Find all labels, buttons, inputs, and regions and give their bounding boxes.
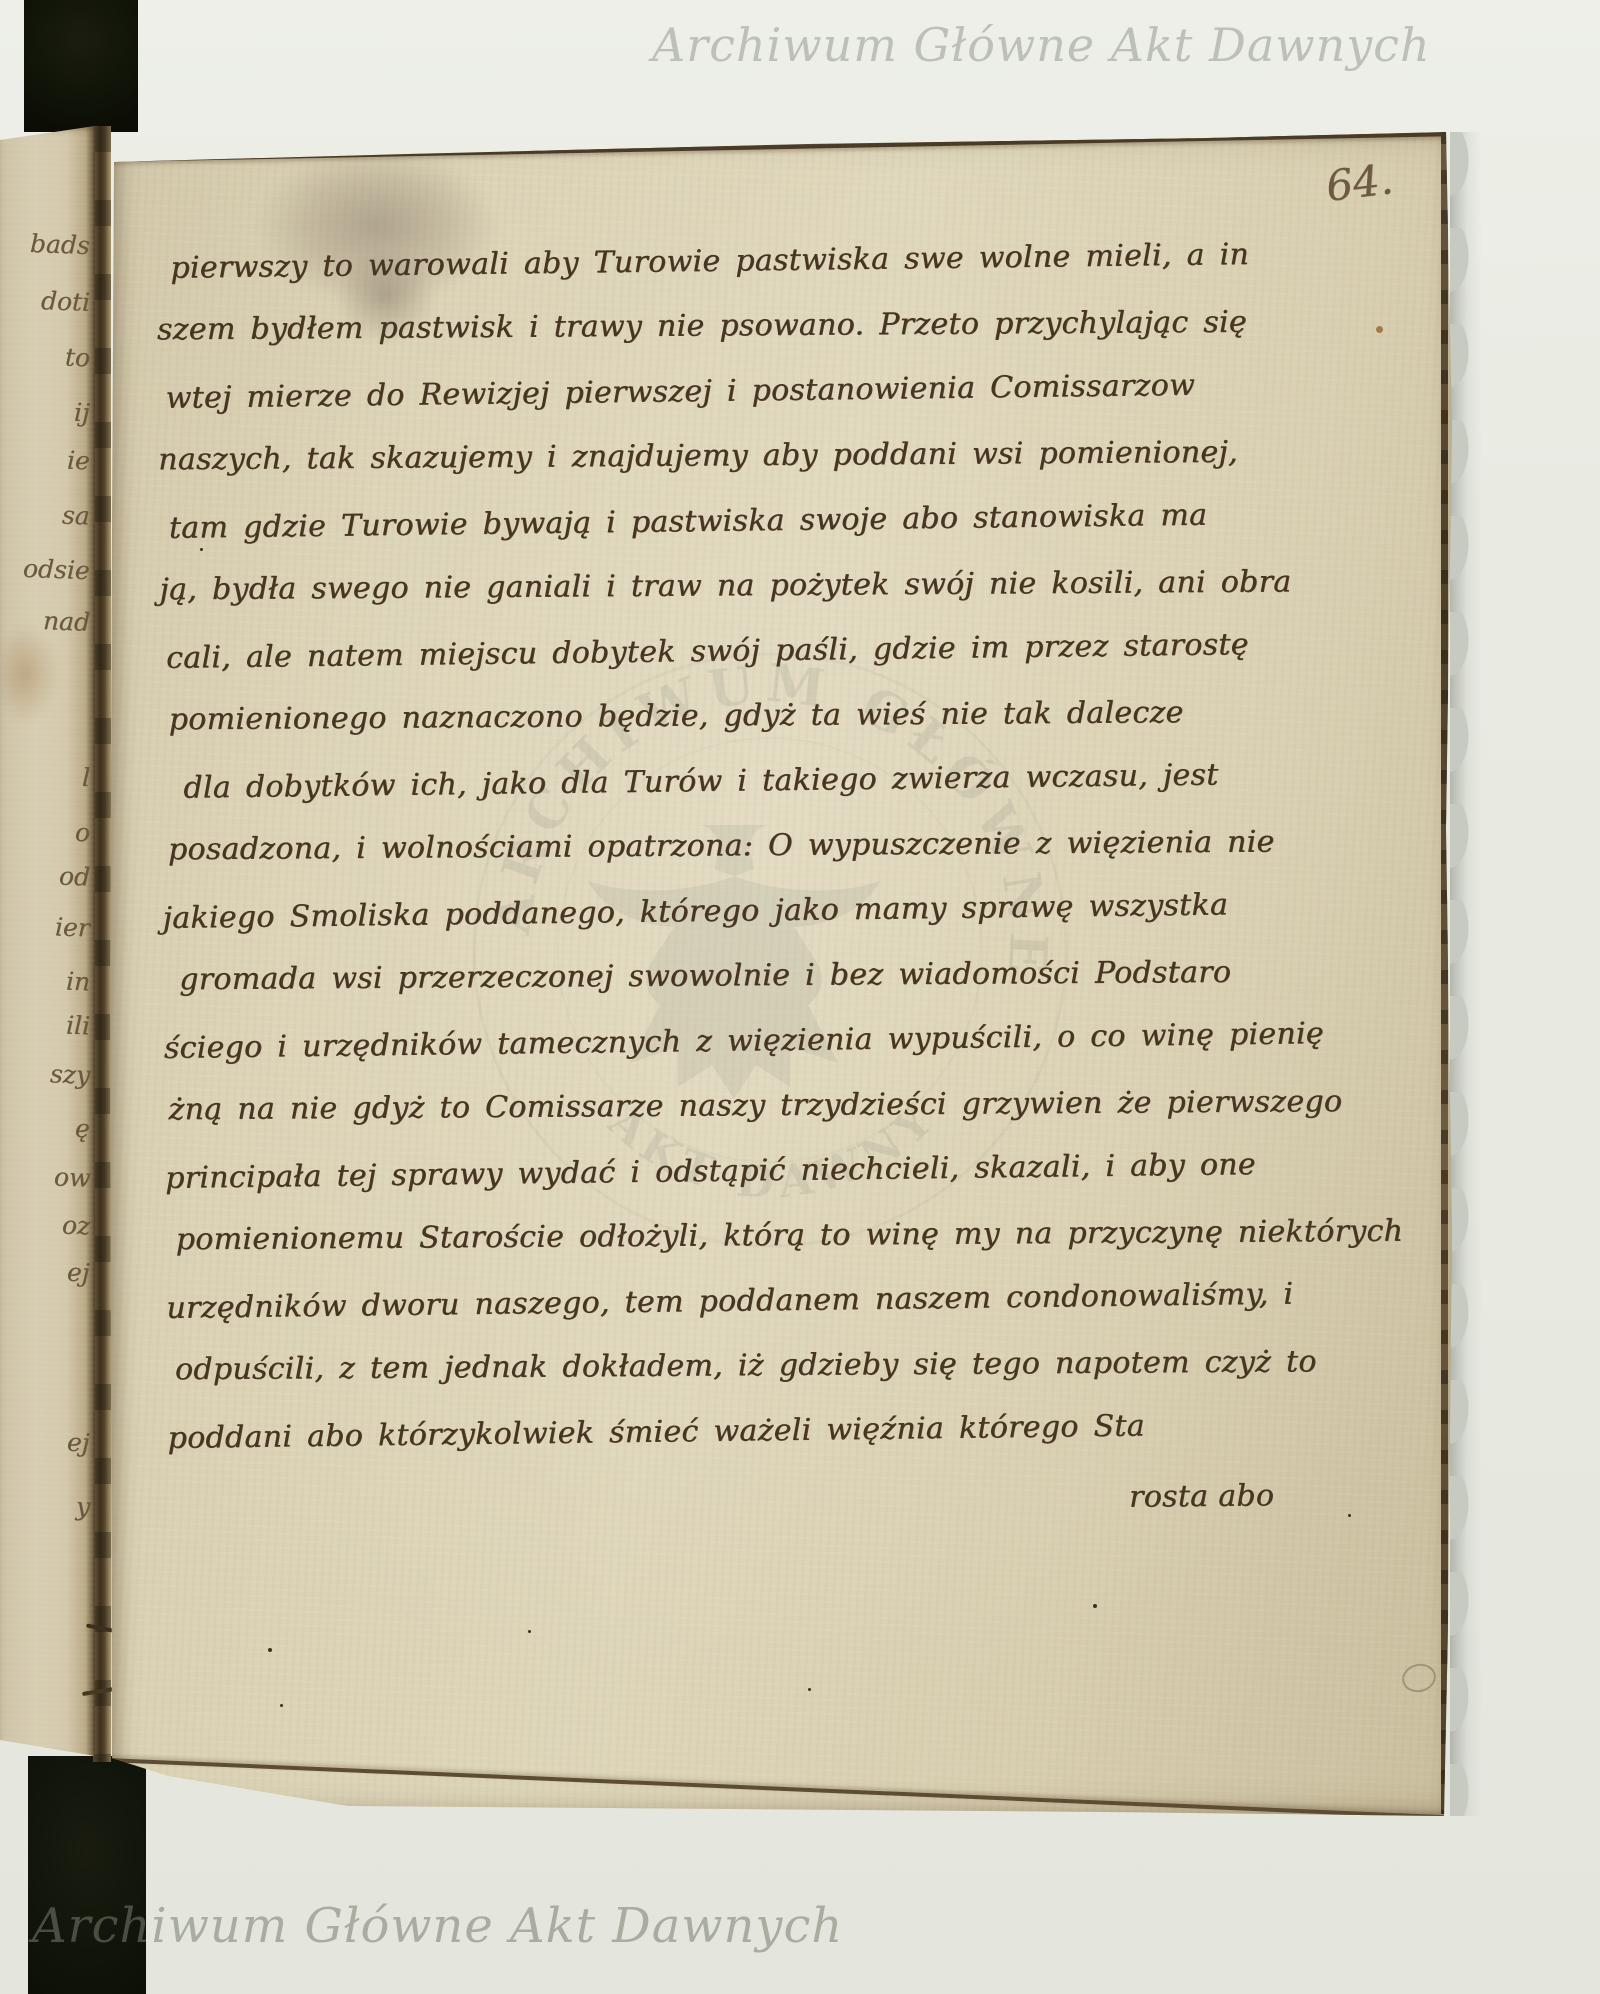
cut-text-fragment: ow <box>53 1162 90 1192</box>
paper-stain <box>0 624 58 724</box>
archive-scan: Archiwum Główne Akt Dawnych bads doti to… <box>0 0 1600 1994</box>
manuscript-line: odpuścili, z tem jednak dokładem, iż gdz… <box>167 1328 1429 1402</box>
paper-speck <box>268 1648 272 1652</box>
paper-speck <box>280 1704 283 1707</box>
manuscript-page: ARCHIWUM GŁÓWNE AKT DAWNYCH 64. pierwszy… <box>108 128 1454 1816</box>
cut-text-fragment: ij <box>74 398 91 428</box>
paper-speck <box>200 548 203 551</box>
cut-text-fragment: in <box>65 967 90 997</box>
archive-watermark-bottom: Archiwum Główne Akt Dawnych <box>32 1898 843 1954</box>
cut-text-fragment: oz <box>61 1211 90 1241</box>
cut-text-fragment: to <box>64 343 90 373</box>
manuscript-line: ją, bydła swego nie ganiali i traw na po… <box>159 549 1421 623</box>
deckled-sheet-edges <box>1450 132 1482 1816</box>
manuscript-line: jakiego Smoliska poddanego, którego jako… <box>162 870 1425 951</box>
paper-speck <box>1093 1604 1097 1608</box>
cut-text-fragment: ej <box>67 1428 91 1458</box>
manuscript-line: żną na nie gdyż to Comissarze naszy trzy… <box>164 1068 1426 1142</box>
cut-text-fragment: ili <box>66 1011 91 1041</box>
manuscript-line: cali, ale natem miejscu dobytek swój paś… <box>160 610 1423 691</box>
manuscript-line: gromada wsi przerzeczonej swowolnie i be… <box>163 939 1425 1013</box>
spine-tape-bottom <box>28 1756 146 1994</box>
manuscript-line: tam gdzie Turowie bywają i pastwiska swo… <box>158 480 1421 561</box>
previous-page-edge: bads doti to ij ie sa odsie nad l o od i… <box>0 126 95 1758</box>
manuscript-text: pierwszy to warowali aby Turowie pastwis… <box>156 222 1430 1524</box>
cut-text-fragment: doti <box>40 286 90 317</box>
cut-text-fragment: od <box>58 861 90 891</box>
cut-text-fragment: o <box>74 818 90 848</box>
page-bottom-edge <box>108 1758 1449 1819</box>
cut-text-fragment: ę <box>75 1114 91 1143</box>
manuscript-line: szem bydłem pastwisk i trawy nie psowano… <box>157 289 1419 363</box>
manuscript-line: posadzona, i wolnościami opatrzona: O wy… <box>162 809 1424 883</box>
page-right-edge <box>1441 130 1448 1814</box>
manuscript-line: wtej mierze do Rewizjej pierwszej i post… <box>157 350 1420 431</box>
cut-text-fragment: odsie <box>23 554 91 585</box>
cut-text-fragment: ier <box>55 912 91 942</box>
manuscript-line: naszych, tak skazujemy i znajdujemy aby … <box>158 419 1420 493</box>
manuscript-line: pomienionego naznaczono będzie, gdyż ta … <box>160 679 1422 753</box>
cut-text-fragment: szy <box>49 1059 90 1089</box>
cut-text-fragment: ie <box>67 446 91 476</box>
manuscript-line: urzędników dworu naszego, tem poddanem n… <box>166 1260 1429 1341</box>
cut-text-fragment: l <box>81 763 90 792</box>
rust-speck <box>1376 326 1383 333</box>
folio-number: 64. <box>1323 154 1395 211</box>
manuscript-line: pierwszy to warowali aby Turowie pastwis… <box>156 220 1419 301</box>
manuscript-line: poddani abo którzykolwiek śmieć ważeli w… <box>167 1390 1430 1471</box>
manuscript-line: principała tej sprawy wydać i odstąpić n… <box>165 1130 1428 1211</box>
cut-text-fragment: sa <box>62 501 91 531</box>
manuscript-line: pomienionemu Staroście odłożyli, którą t… <box>165 1198 1427 1272</box>
cut-text-fragment: bads <box>30 229 91 260</box>
pencil-mark <box>1399 1660 1439 1695</box>
paper-speck <box>528 1630 531 1633</box>
cut-text-fragment: nad <box>42 606 90 637</box>
spine-tape-top <box>24 0 138 132</box>
book-gutter <box>93 126 111 1762</box>
cut-text-fragment: ej <box>67 1258 91 1288</box>
catchword: rosta abo <box>168 1477 1430 1524</box>
manuscript-line: ściego i urzędników tamecznych z więzien… <box>163 1000 1426 1081</box>
paper-speck <box>808 1688 811 1691</box>
paper-speck <box>1348 1514 1351 1517</box>
archive-watermark-top: Archiwum Główne Akt Dawnych <box>652 18 1431 72</box>
cut-text-fragment: y <box>75 1492 90 1521</box>
manuscript-line: dla dobytków ich, jako dla Turów i takie… <box>161 740 1424 821</box>
page-top-edge <box>110 132 1455 162</box>
